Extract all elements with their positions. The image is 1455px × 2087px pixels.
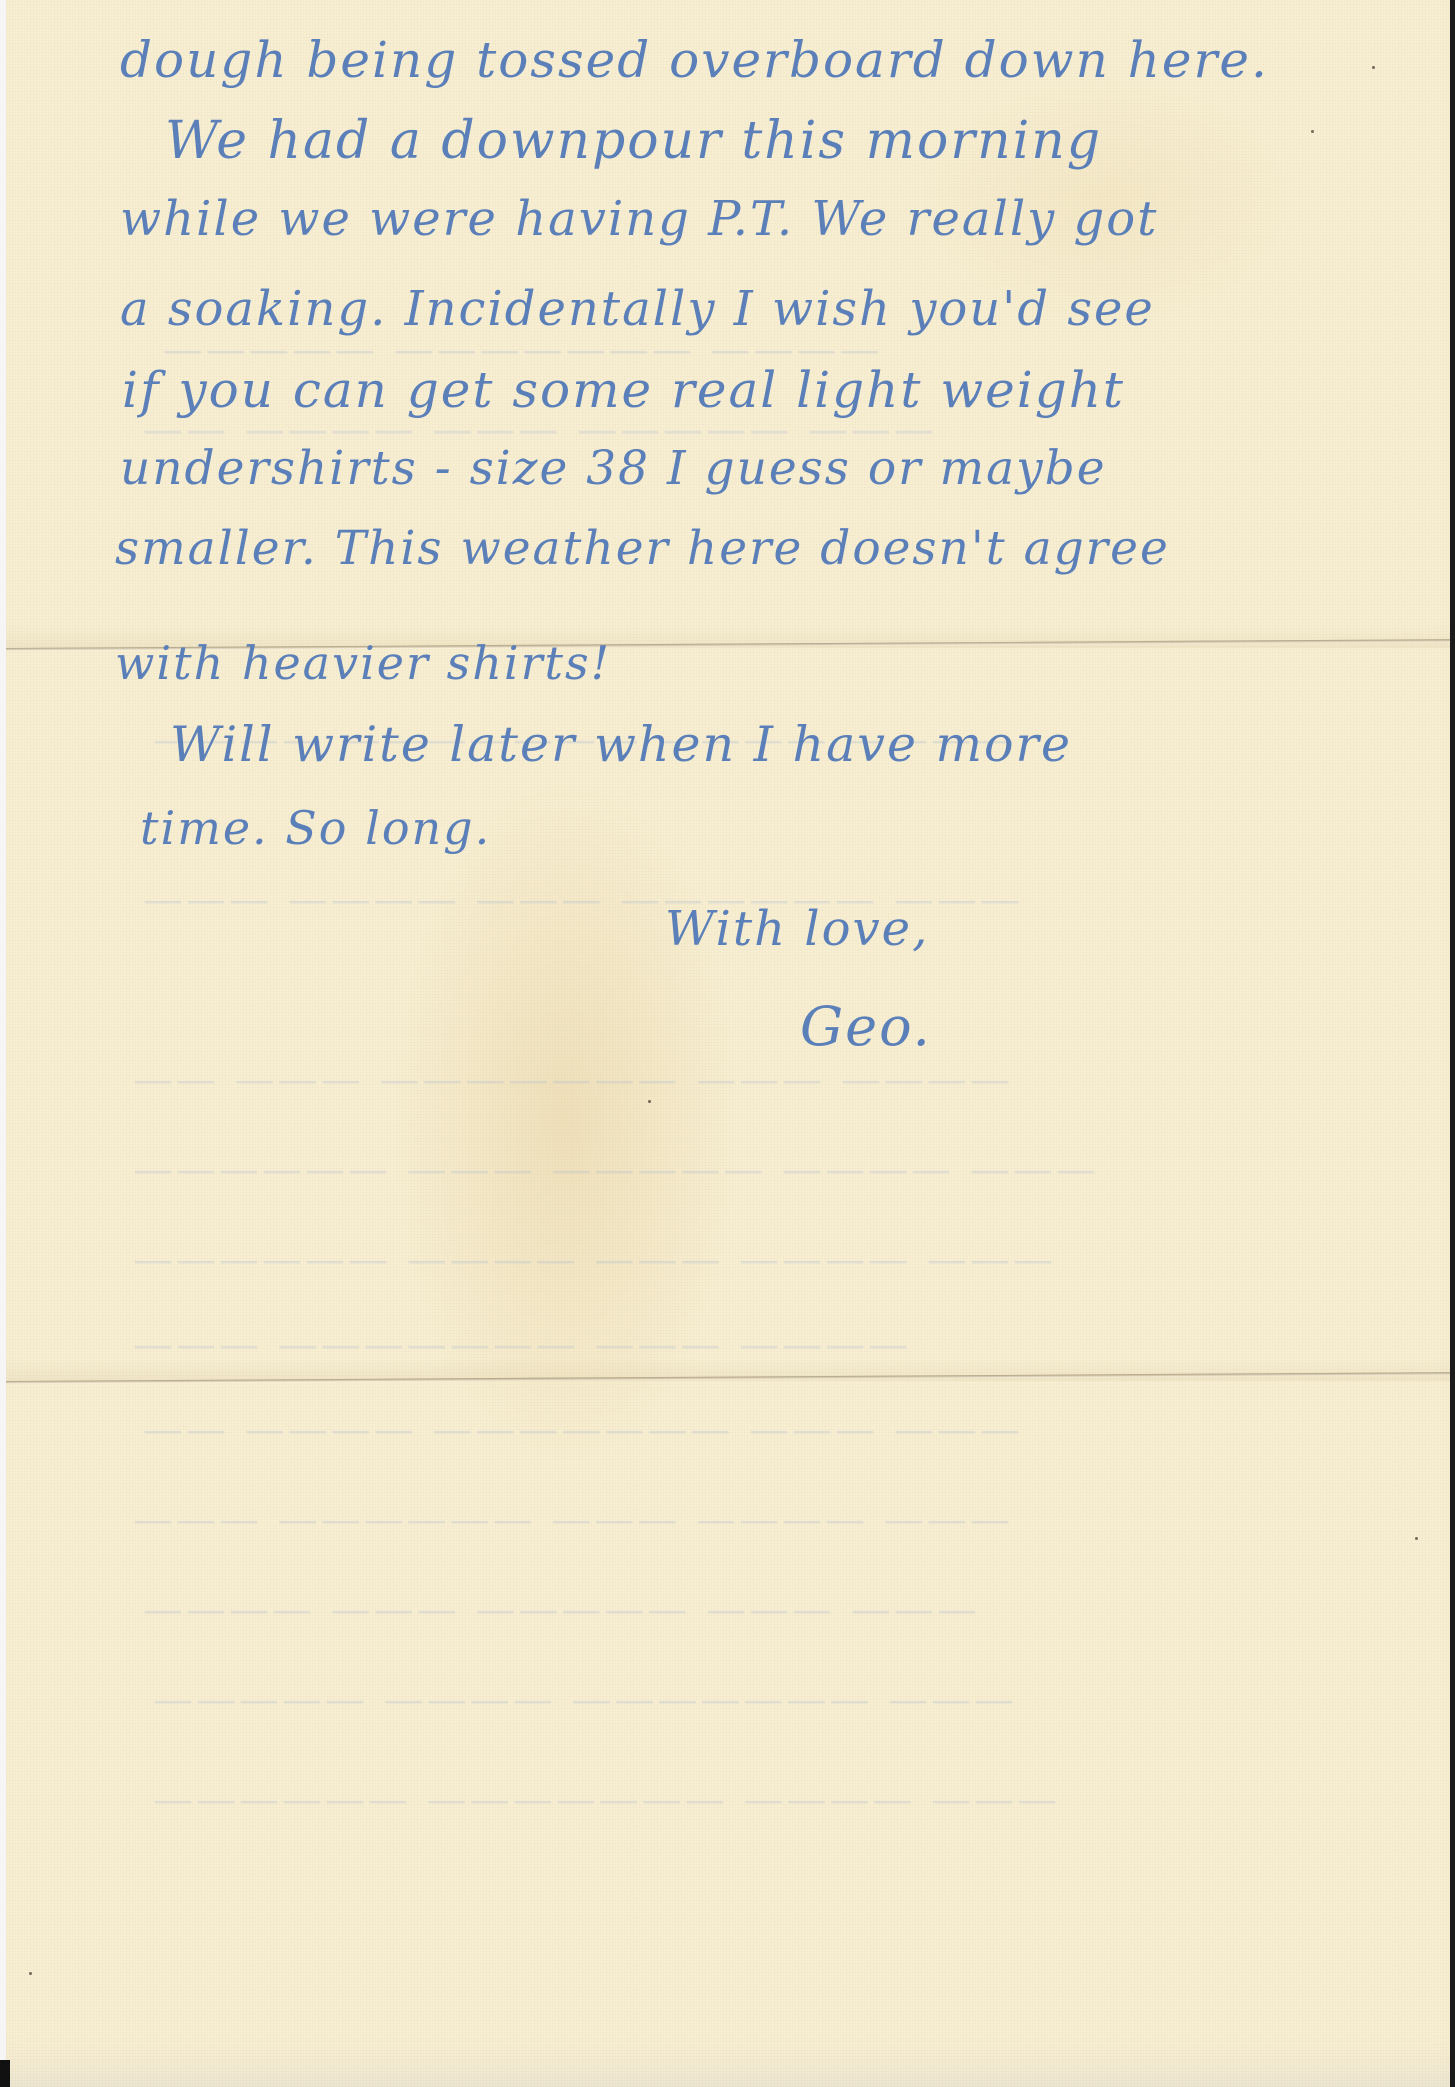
letter-line: undershirts - size 38 I guess or maybe: [120, 445, 1107, 492]
paper-speck: [1311, 130, 1314, 133]
scan-border: [0, 2060, 10, 2087]
letter-line: while we were having P.T. We really got: [120, 195, 1158, 243]
signature: Geo.: [800, 1000, 932, 1054]
letter-line: a soaking. Incidentally I wish you'd see: [120, 285, 1155, 333]
bleed-through-line: ——— ———— ————— ——— ——————: [130, 1150, 1096, 1190]
bleed-through-line: ——— ——————— ———— —————: [150, 1680, 1014, 1720]
paper-speck: [1372, 66, 1375, 69]
letter-line: time. So long.: [140, 805, 491, 851]
bleed-through-line: ——— ——— ————— ——— ————: [140, 1590, 977, 1630]
letter-line: with heavier shirts!: [115, 640, 611, 686]
bleed-through-line: ——— ———— ——— —————— ———: [130, 1500, 1010, 1540]
letter-line: We had a downpour this morning: [165, 115, 1102, 167]
bleed-through-line: ———— ——— ——————— ——— ——: [130, 1060, 1010, 1100]
paper-speck: [648, 1100, 651, 1103]
paper-speck: [1415, 1537, 1418, 1540]
letter-line: smaller. This weather here doesn't agree: [115, 525, 1170, 572]
bleed-through-line: ———— ——— ——————— ———: [130, 1325, 908, 1365]
closing-text: With love,: [665, 905, 929, 953]
bleed-through-line: ——— ———— ——————— ——————: [150, 1780, 1057, 1820]
letter-line: Will write later when I have more: [170, 720, 1072, 769]
letter-line: dough being tossed overboard down here.: [120, 35, 1269, 85]
letter-line: if you can get some real light weight: [122, 365, 1125, 415]
paper-speck: [29, 1972, 32, 1975]
bleed-through-line: ——— ——— ——————— ———— ——: [140, 1410, 1020, 1450]
bleed-through-line: ——— ———— ——— ———— ——————: [130, 1240, 1053, 1280]
